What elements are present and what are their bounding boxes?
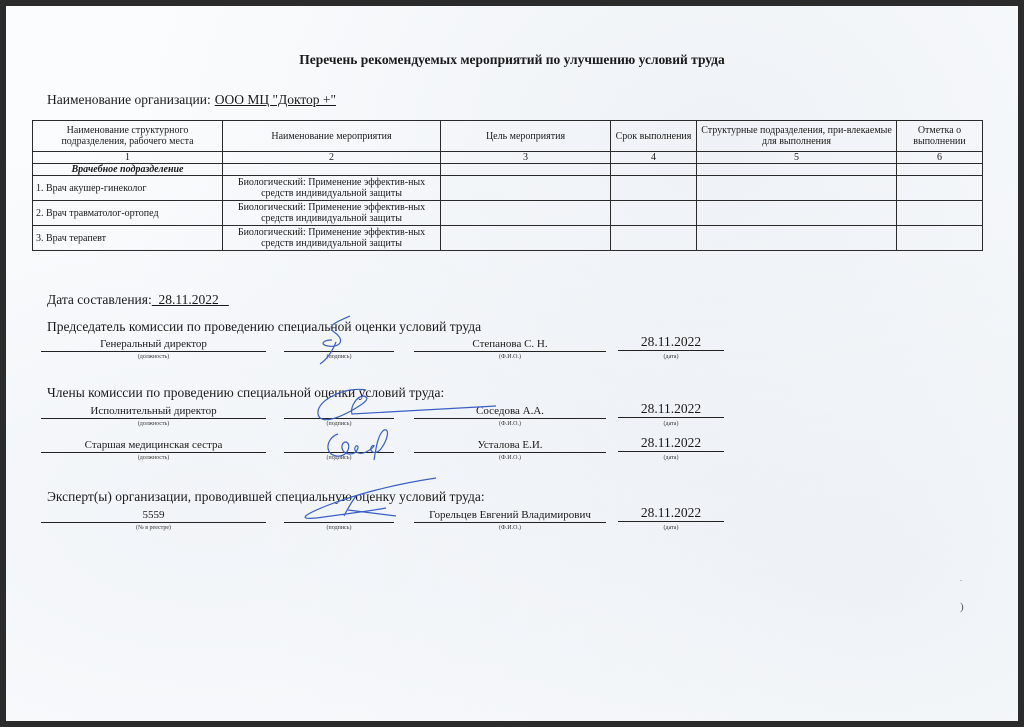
- fio-field: Горельцев Евгений Владимирович: [414, 508, 606, 523]
- signature-caption: (подпись): [284, 455, 394, 461]
- date-field: 28.11.2022: [618, 505, 724, 522]
- chairman-signature-row: Генеральный директор (должность) (подпис…: [6, 337, 1018, 365]
- units-cell: [697, 176, 897, 201]
- position-caption: (должность): [41, 354, 266, 360]
- position-field: Старшая медицинская сестра: [41, 438, 266, 453]
- signature-field: [284, 337, 394, 352]
- header-cell: Отметка о выполнении: [897, 121, 983, 152]
- date-field: 28.11.2022: [618, 435, 724, 452]
- mark-cell: [897, 226, 983, 251]
- workplace-cell: 1. Врач акушер-гинеколог: [33, 176, 223, 201]
- group-row: Врачебное подразделение: [33, 164, 983, 176]
- position-field: Генеральный директор: [41, 337, 266, 352]
- position-field: Исполнительный директор: [41, 404, 266, 419]
- column-number: 5: [697, 152, 897, 164]
- header-cell: Структурные подразделения, при-влекаемые…: [697, 121, 897, 152]
- table-row: 2. Врач травматолог-ортопед Биологически…: [33, 201, 983, 226]
- position-caption: (должность): [41, 421, 266, 427]
- date-caption: (дата): [618, 455, 724, 461]
- activity-cell: Биологический: Применение эффектив-ных с…: [223, 201, 441, 226]
- deadline-cell: [611, 201, 697, 226]
- signature-caption: (подпись): [284, 525, 394, 531]
- date-caption: (дата): [618, 525, 724, 531]
- position-caption: (должность): [41, 455, 266, 461]
- units-cell: [697, 226, 897, 251]
- fio-caption: (Ф.И.О.): [414, 525, 606, 531]
- activity-cell: Биологический: Применение эффектив-ных с…: [223, 226, 441, 251]
- fio-field: Усталова Е.И.: [414, 438, 606, 453]
- date-caption: (дата): [618, 421, 724, 427]
- member-signature-row: Старшая медицинская сестра (должность) (…: [6, 438, 1018, 466]
- fio-caption: (Ф.И.О.): [414, 421, 606, 427]
- workplace-cell: 3. Врач терапевт: [33, 226, 223, 251]
- date-caption: (дата): [618, 354, 724, 360]
- expert-heading: Эксперт(ы) организации, проводившей спец…: [47, 489, 485, 505]
- deadline-cell: [611, 176, 697, 201]
- header-cell: Срок выполнения: [611, 121, 697, 152]
- signature-field: [284, 508, 394, 523]
- goal-cell: [441, 226, 611, 251]
- goal-cell: [441, 201, 611, 226]
- header-cell: Наименование структурного подразделения,…: [33, 121, 223, 152]
- document-title: Перечень рекомендуемых мероприятий по ул…: [6, 52, 1018, 68]
- expert-signature-row: 5559 (№ в реестре) (подпись) Горельцев Е…: [6, 508, 1018, 536]
- units-cell: [697, 201, 897, 226]
- member-signature-row: Исполнительный директор (должность) (под…: [6, 404, 1018, 432]
- members-heading: Члены комиссии по проведению специальной…: [47, 385, 444, 401]
- organization-line: Наименование организации:ООО МЦ "Доктор …: [47, 92, 352, 108]
- fio-field: Степанова С. Н.: [414, 337, 606, 352]
- date-field: 28.11.2022: [618, 401, 724, 418]
- organization-label: Наименование организации:: [47, 92, 211, 107]
- mark-cell: [897, 201, 983, 226]
- mark-cell: [897, 176, 983, 201]
- registry-caption: (№ в реестре): [41, 525, 266, 531]
- column-number: 2: [223, 152, 441, 164]
- registry-field: 5559: [41, 508, 266, 523]
- fio-caption: (Ф.И.О.): [414, 354, 606, 360]
- signature-caption: (подпись): [284, 421, 394, 427]
- compiled-date: 28.11.2022: [159, 292, 219, 307]
- header-cell: Цель мероприятия: [441, 121, 611, 152]
- workplace-cell: 2. Врач травматолог-ортопед: [33, 201, 223, 226]
- fio-field: Соседова А.А.: [414, 404, 606, 419]
- column-number: 4: [611, 152, 697, 164]
- organization-value: ООО МЦ "Доктор +": [211, 92, 352, 107]
- column-number: 1: [33, 152, 223, 164]
- compiled-date-line: Дата составления: 28.11.2022: [47, 292, 229, 308]
- signature-field: [284, 404, 394, 419]
- column-number: 3: [441, 152, 611, 164]
- scanned-page: Перечень рекомендуемых мероприятий по ул…: [6, 6, 1018, 721]
- signature-field: [284, 438, 394, 453]
- table-header-row: Наименование структурного подразделения,…: [33, 121, 983, 152]
- measures-table: Наименование структурного подразделения,…: [32, 120, 983, 251]
- chairman-heading: Председатель комиссии по проведению спец…: [47, 319, 481, 335]
- signature-caption: (подпись): [284, 354, 394, 360]
- header-cell: Наименование мероприятия: [223, 121, 441, 152]
- table-row: 3. Врач терапевт Биологический: Применен…: [33, 226, 983, 251]
- goal-cell: [441, 176, 611, 201]
- compiled-label: Дата составления:: [47, 292, 152, 307]
- column-number: 6: [897, 152, 983, 164]
- activity-cell: Биологический: Применение эффектив-ных с…: [223, 176, 441, 201]
- group-label: Врачебное подразделение: [33, 164, 223, 176]
- table-row: 1. Врач акушер-гинеколог Биологический: …: [33, 176, 983, 201]
- column-number-row: 1 2 3 4 5 6: [33, 152, 983, 164]
- date-field: 28.11.2022: [618, 334, 724, 351]
- fio-caption: (Ф.И.О.): [414, 455, 606, 461]
- margin-mark: ): [960, 601, 964, 613]
- deadline-cell: [611, 226, 697, 251]
